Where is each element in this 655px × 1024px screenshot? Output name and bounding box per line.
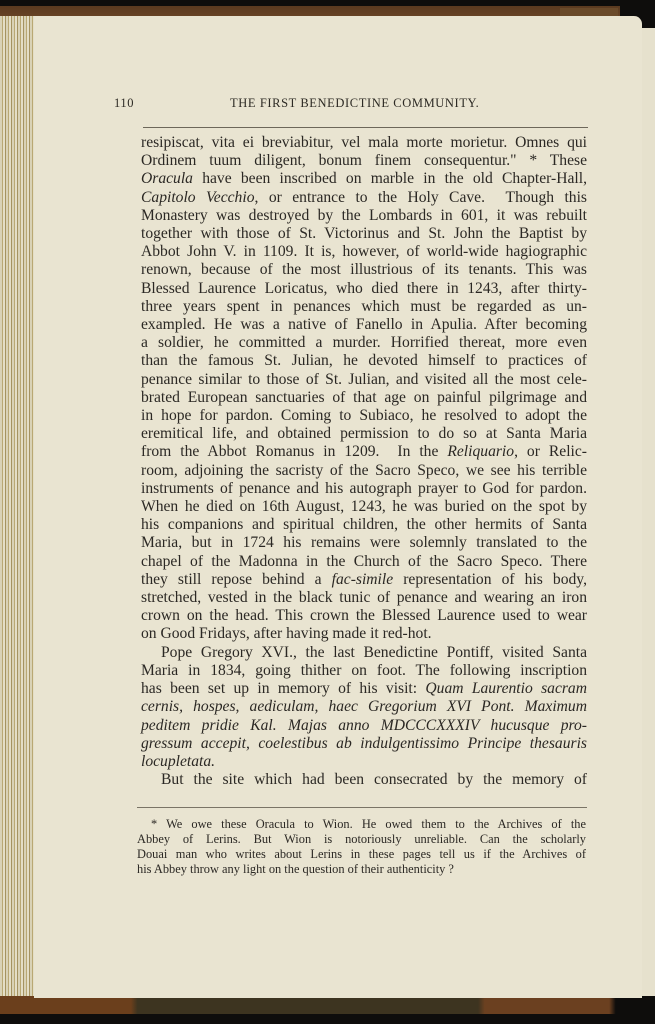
footnote-line: his Abbey throw any light on the questio… <box>137 862 586 877</box>
text-line: Capitolo Vecchio, or entrance to the Hol… <box>141 189 587 207</box>
body-text: resipiscat, vita ei breviabitur, vel mal… <box>141 134 587 789</box>
footnote-line: Abbey of Lerins. But Wion is notoriously… <box>137 832 586 847</box>
text-line: Oracula have been inscribed on marble in… <box>141 170 587 188</box>
text-line: room, adjoining the sacristy of the Sacr… <box>141 462 587 480</box>
latin-inscription-line: locupletata. <box>141 753 587 771</box>
text-line: instruments of penance and his autograph… <box>141 480 587 498</box>
text-line: his companions and spiritual children, t… <box>141 516 587 534</box>
text-line: When he died on 16th August, 1243, he wa… <box>141 498 587 516</box>
text-line: resipiscat, vita ei breviabitur, vel mal… <box>141 134 587 152</box>
text-line: together with those of St. Victorinus an… <box>141 225 587 243</box>
text-line: penance similar to those of St. Julian, … <box>141 371 587 389</box>
text-fragment: they still repose behind a <box>141 571 332 588</box>
text-line: crown on the head. This crown the Blesse… <box>141 607 587 625</box>
italic-term: Capitolo Vecchio <box>141 189 255 206</box>
next-page-edge <box>641 28 655 998</box>
italic-term: Oracula <box>141 170 193 187</box>
book-cover-bottom-edge <box>0 996 655 1014</box>
text-line: Blessed Laurence Loricatus, who died the… <box>141 280 587 298</box>
text-line: Abbot John V. in 1109. It is, however, o… <box>141 243 587 261</box>
text-line: brated European sanctuaries of that age … <box>141 389 587 407</box>
text-fragment: from the Abbot Romanus in 1209. In the <box>141 443 447 460</box>
text-line: But the site which had been consecrated … <box>141 771 587 789</box>
text-line: renown, because of the most illustrious … <box>141 261 587 279</box>
latin-inscription-line: gressum accepit, coelestibus ab indulgen… <box>141 735 587 753</box>
latin-inscription-line: cernis, hospes, aediculam, haec Gregoriu… <box>141 698 587 716</box>
text-line: three years spent in penances which must… <box>141 298 587 316</box>
text-line: they still repose behind a fac-simile re… <box>141 571 587 589</box>
footnote-rule <box>137 807 587 808</box>
text-fragment: have been inscribed on marble in the old… <box>193 170 587 187</box>
text-line: from the Abbot Romanus in 1209. In the R… <box>141 443 587 461</box>
text-line: Monastery was destroyed by the Lombards … <box>141 207 587 225</box>
text-line: than the famous St. Julian, he devoted h… <box>141 352 587 370</box>
italic-term: Quam Laurentio sacram <box>425 680 587 697</box>
text-fragment: , or entrance to the Holy Cave. Though t… <box>255 189 588 206</box>
footnote-line: Douai man who writes about Lerins in the… <box>137 847 586 862</box>
text-line: has been set up in memory of his visit: … <box>141 680 587 698</box>
page-edges-stack <box>0 16 36 998</box>
text-line: Maria in 1834, going thither on foot. Th… <box>141 662 587 680</box>
text-fragment: representation of his body, <box>393 571 587 588</box>
footnote: * We owe these Oracula to Wion. He owed … <box>137 817 586 877</box>
footnote-line: * We owe these Oracula to Wion. He owed … <box>137 817 586 832</box>
running-title: THE FIRST BENEDICTINE COMMUNITY. <box>230 96 479 111</box>
italic-term: fac-simile <box>332 571 394 588</box>
text-fragment: , or Relic- <box>514 443 587 460</box>
text-line: Ordinem tuum diligent, bonum finem conse… <box>141 152 587 170</box>
text-line: on Good Fridays, after having made it re… <box>141 625 587 643</box>
text-line: a soldier, he committed a murder. Horrif… <box>141 334 587 352</box>
header-rule <box>143 127 588 128</box>
italic-term: Reliquario <box>447 443 514 460</box>
text-line: exampled. He was a native of Fanello in … <box>141 316 587 334</box>
page-number: 110 <box>114 96 134 111</box>
text-line: stretched, vested in the black tunic of … <box>141 589 587 607</box>
text-line: Pope Gregory XVI., the last Benedictine … <box>141 644 587 662</box>
text-line: eremitical life, and obtained permission… <box>141 425 587 443</box>
latin-inscription-line: peditem pridie Kal. Majas anno MDCCCXXXI… <box>141 717 587 735</box>
text-fragment: has been set up in memory of his visit: <box>141 680 417 697</box>
text-line: chapel of the Madonna in the Church of t… <box>141 553 587 571</box>
text-line: Maria, but in 1724 his remains were sole… <box>141 534 587 552</box>
text-line: in hope for pardon. Coming to Subiaco, h… <box>141 407 587 425</box>
